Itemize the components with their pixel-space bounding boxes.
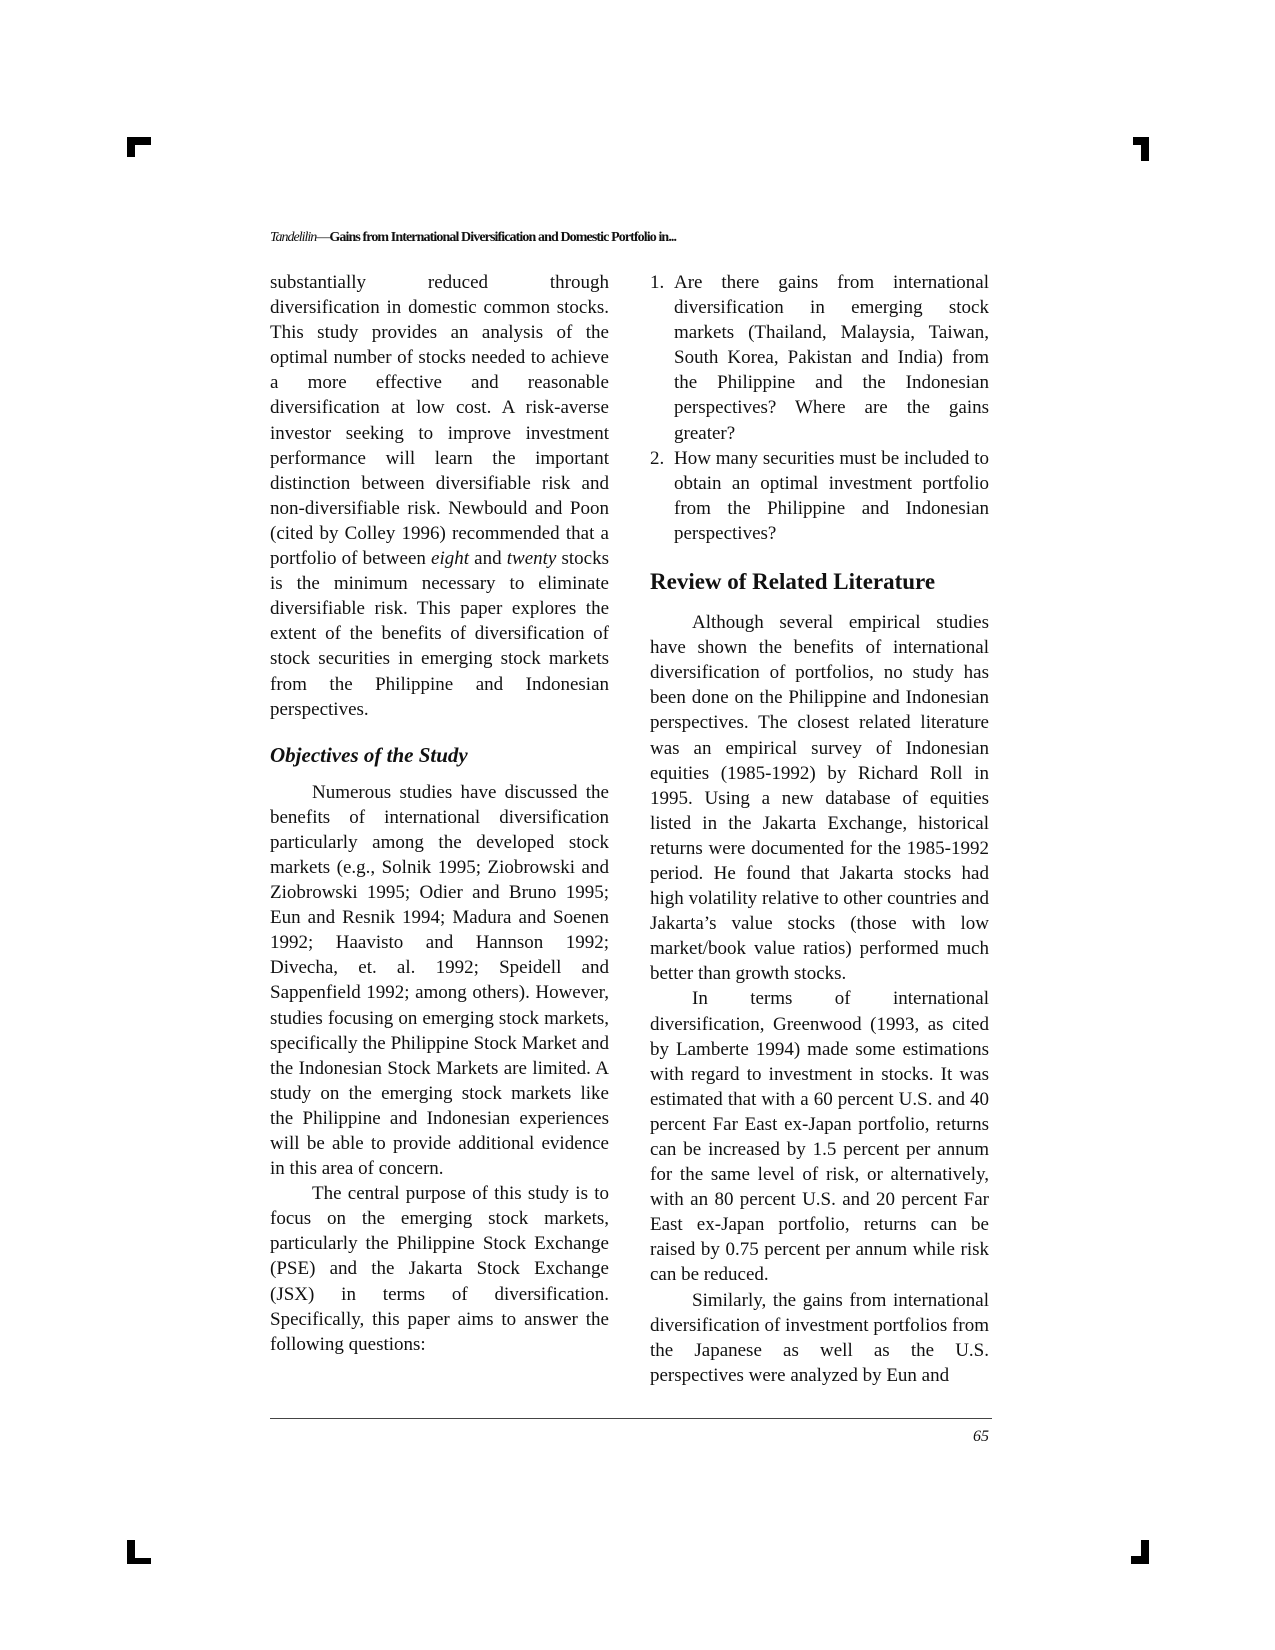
crop-mark-bottom-left [127,1540,151,1564]
page-number: 65 [973,1428,989,1446]
review-heading: Review of Related Literature [650,568,989,596]
list-item-text: Are there gains from international diver… [674,272,989,444]
intro-text-part: stocks is the minimum necessary to elimi… [270,548,609,720]
crop-mark-bottom-right [1125,1540,1149,1564]
list-item-text: How many securities must be included to … [674,448,989,544]
review-paragraph: Although several empirical studies have … [650,610,989,986]
running-head: Tandelilin—Gains from International Dive… [270,230,676,246]
review-paragraph: Similarly, the gains from international … [650,1288,989,1388]
objectives-paragraph: The central purpose of this study is to … [270,1181,609,1357]
crop-mark-top-right [1125,137,1149,161]
emphasis-eight: eight [431,548,469,569]
crop-mark-top-left [127,137,151,161]
emphasis-twenty: twenty [507,548,557,569]
list-item: 2. How many securities must be included … [650,446,989,546]
intro-paragraph: substantially reduced through diversific… [270,270,609,722]
list-item: 1. Are there gains from international di… [650,270,989,446]
review-paragraph: In terms of international diversificatio… [650,986,989,1287]
list-item-number: 2. [650,446,664,471]
research-questions-list: 1. Are there gains from international di… [650,270,989,546]
intro-text-part: and [469,548,507,569]
list-item-number: 1. [650,270,664,295]
objectives-paragraph: Numerous studies have discussed the bene… [270,780,609,1182]
intro-text-part: substantially reduced through diversific… [270,272,609,569]
running-head-title: Gains from International Diversification… [329,230,676,245]
running-head-separator: — [316,230,329,245]
objectives-heading: Objectives of the Study [270,742,609,768]
footer-rule [270,1418,992,1419]
running-head-author: Tandelilin [270,230,316,245]
right-column: 1. Are there gains from international di… [650,270,989,1388]
left-column: substantially reduced through diversific… [270,270,609,1357]
